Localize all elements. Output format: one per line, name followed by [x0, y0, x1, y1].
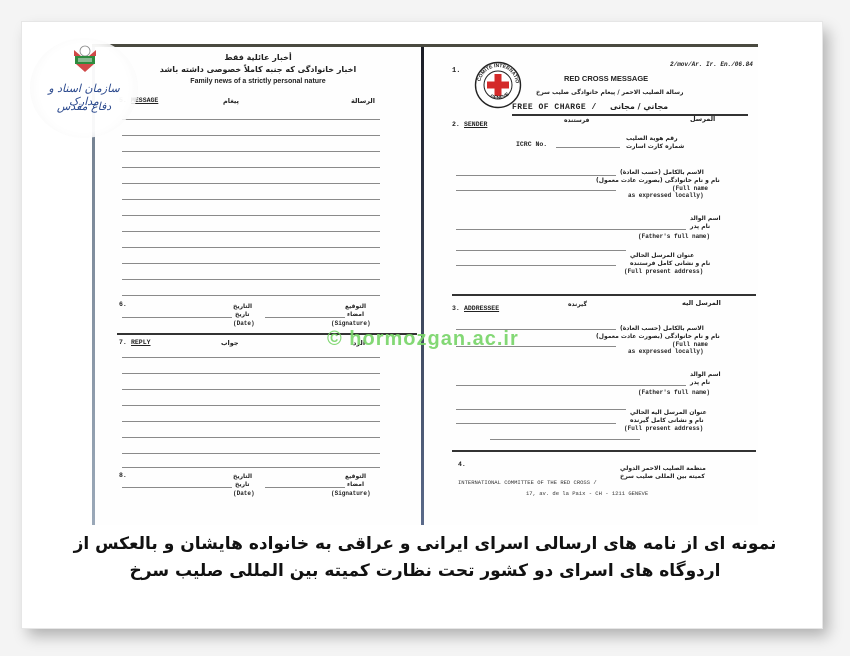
caption: نمونه ای از نامه های ارسالی اسرای ایرانی… [40, 531, 810, 585]
watermark: © hormozgan.ac.ir [327, 328, 519, 351]
footer-number: 4. [458, 461, 466, 468]
right-page: 1. COMITE INTERNATIONAL GENEVE 2/mov/Ar.… [424, 47, 758, 525]
sender-address-fa: نام و نشانی کامل فرستنده [630, 260, 710, 267]
addressee-father-en: (Father's full name) [638, 389, 710, 396]
header-persian: اخبار خانوادگی که جنبه کاملاً خصوصی داشت… [95, 65, 421, 74]
date8-label-en: (Date) [233, 490, 255, 497]
addressee-fullname-fa: نام و نام خانوادگی (بصورت عادت معمول) [596, 333, 720, 340]
red-cross-emblem-icon: COMITE INTERNATIONAL GENEVE [474, 61, 522, 109]
sign6-number: 6. [119, 301, 127, 308]
icrc-address: 17, av. de la Paix - CH - 1211 GENEVE [526, 490, 648, 497]
sig8-label-en: (Signature) [331, 490, 371, 497]
date8-label-fa: تاريخ [235, 481, 250, 488]
sig6-label-fa: امضاء [347, 311, 364, 318]
signature6-line[interactable] [265, 317, 345, 318]
message-label-ar: الرسالة [351, 97, 375, 105]
logo-org-subtitle: دفاع مقدس [32, 100, 136, 113]
date6-line[interactable] [122, 317, 232, 318]
reply-label: REPLY [131, 339, 151, 346]
addressee-address-field-3[interactable] [490, 439, 640, 440]
icrc-org-en: INTERNATIONAL COMMITTEE OF THE RED CROSS… [458, 479, 597, 486]
reference-code: 2/mov/Ar. Ir. En./06.84 [670, 61, 753, 68]
sender-label-ar: المرسل [690, 115, 715, 123]
sender-fullname-fa: نام و نام خانوادگی (بصورت عادت معمول) [596, 177, 720, 184]
date8-label-ar: التاريخ [233, 473, 252, 480]
date8-line[interactable] [122, 487, 232, 488]
sender-father-field[interactable] [456, 229, 686, 230]
addressee-number: 3. [452, 305, 460, 312]
addressee-label-ar: المرسل اليه [682, 299, 721, 307]
header-english: Family news of a strictly personal natur… [95, 78, 421, 85]
signature8-line[interactable] [265, 487, 345, 488]
addressee-fullname-ar: الاسم بالكامل (حسب العادة) [620, 325, 704, 332]
free-of-charge-ar-fa: مجاني / مجانی [610, 102, 668, 111]
sig6-label-ar: التوقيع [345, 303, 366, 310]
message-label-fa: پیغام [223, 97, 239, 105]
date6-label-ar: التاريخ [233, 303, 252, 310]
sender-address-field-2[interactable] [456, 265, 616, 266]
sender-father-en: (Father's full name) [638, 233, 710, 240]
icrc-label-fa: شماره کارت اسارت [626, 143, 684, 150]
sender-fullname-field[interactable] [456, 175, 616, 176]
sender-father-fa: نام پدر [690, 223, 710, 230]
addressee-address-en: (Full present address) [624, 425, 703, 432]
form-title-ar-fa: رسالة الصليب الاحمر / پیغام خانوادگی صلی… [536, 89, 683, 96]
sender-label: SENDER [464, 121, 487, 128]
sender-fullname-en2: as expressed locally) [628, 192, 704, 199]
reply-number: 7. [119, 339, 127, 346]
sender-fullname-en1: (Full name [672, 185, 708, 192]
icrc-org-fa: کمیته بین المللی صلیب سرخ [620, 473, 705, 480]
form-number: 1. [452, 67, 460, 75]
free-of-charge: FREE OF CHARGE / [512, 103, 597, 112]
left-page: أخبار عائلية فقط اخبار خانوادگی که جنبه … [95, 47, 421, 525]
icrc-number-field[interactable] [556, 147, 620, 148]
sender-label-fa: فرستنده [564, 117, 589, 124]
addressee-label: ADDRESSEE [464, 305, 499, 312]
addressee-address-fa: نام و نشانی کامل گیرنده [630, 417, 704, 424]
sig6-label-en: (Signature) [331, 320, 371, 327]
addressee-address-field-2[interactable] [456, 423, 616, 424]
section-divider [452, 450, 756, 452]
addressee-father-ar: اسم الوالد [690, 371, 721, 378]
addressee-address-field[interactable] [456, 409, 626, 410]
addressee-father-fa: نام پدر [690, 379, 710, 386]
emblem-icon [70, 44, 100, 74]
header-arabic: أخبار عائلية فقط [95, 53, 421, 62]
scanned-document: أخبار عائلية فقط اخبار خانوادگی که جنبه … [92, 44, 758, 525]
sender-address-ar: عنوان المرسل الحالي [630, 252, 694, 259]
form-title: RED CROSS MESSAGE [564, 74, 648, 83]
icrc-org-ar: منظمة الصليب الاحمر الدولي [620, 465, 706, 472]
addressee-label-fa: گیرنده [568, 301, 587, 308]
sig8-label-fa: امضاء [347, 481, 364, 488]
caption-line-1: نمونه ای از نامه های ارسالی اسرای ایرانی… [40, 531, 810, 558]
sender-fullname-field-2[interactable] [456, 190, 616, 191]
sender-number: 2. [452, 121, 460, 128]
sender-father-ar: اسم الوالد [690, 215, 721, 222]
icrc-label: ICRC No. [516, 141, 547, 148]
icrc-label-ar: رقم هوية الصليب [626, 135, 678, 142]
addressee-fullname-en1: (Full name [672, 341, 708, 348]
logo-badge: سازمان اسناد و مدارک دفاع مقدس [30, 38, 138, 138]
addressee-fullname-en2: as expressed locally) [628, 348, 704, 355]
sender-address-en: (Full present address) [624, 268, 703, 275]
addressee-address-ar: عنوان المرسل اليه الحالي [630, 409, 707, 416]
sender-address-field[interactable] [456, 250, 626, 251]
date6-label-fa: تاريخ [235, 311, 250, 318]
section-divider [452, 294, 756, 296]
sender-fullname-ar: الاسم بالكامل (حسب العادة) [620, 169, 704, 176]
date6-label-en: (Date) [233, 320, 255, 327]
reply-label-fa: جواب [221, 339, 239, 347]
addressee-father-field[interactable] [456, 385, 686, 386]
caption-line-2: اردوگاه های اسرای دو کشور تحت نظارت کمیت… [40, 558, 810, 585]
sig8-label-ar: التوقيع [345, 473, 366, 480]
sign8-number: 8. [119, 472, 127, 479]
